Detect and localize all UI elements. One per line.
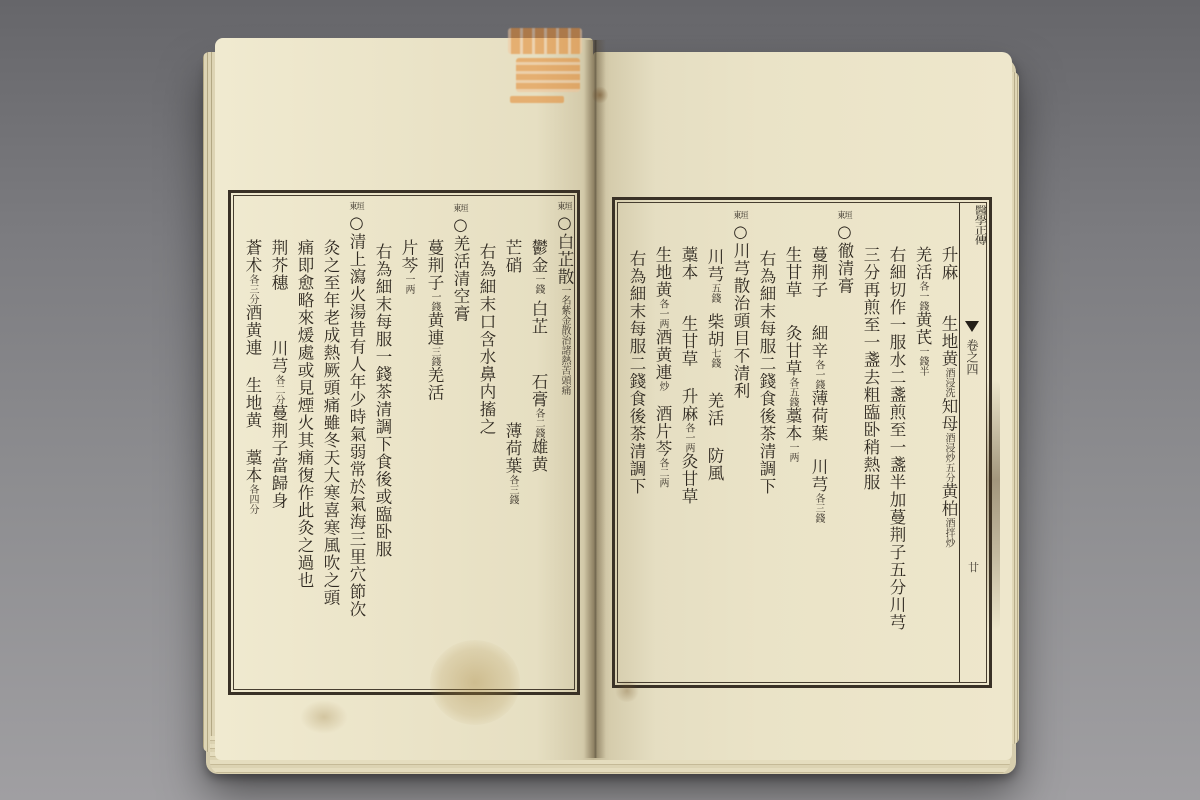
text-segment: 右為細末口含水鼻内搐之 — [477, 243, 496, 436]
right-page-text-block: 升麻生地黄酒浸洗知母酒浸炒五分黄柏酒拌炒羌活各一錢黄芪一錢半右細切作一服水二盞煎… — [619, 206, 957, 679]
text-column: 片芩一两 — [391, 199, 417, 686]
text-segment: 生甘草 — [783, 246, 802, 299]
text-segment: 川芎 — [269, 340, 288, 375]
text-segment: 灸之至年老成熱厥頭痛雖冬天大寒喜寒風吹之頭 — [321, 239, 340, 607]
text-column: 三分再煎至一盞去粗臨卧稍熱服 — [853, 206, 879, 679]
text-column: 生地黄各一两酒黄連炒酒片芩各二两 — [645, 206, 671, 679]
quantity-note: 各三分 — [247, 274, 258, 304]
text-segment: 蔓荆子 — [425, 239, 444, 292]
quantity-note: 各二两 — [657, 458, 668, 488]
text-segment: 石膏 — [529, 373, 548, 408]
quantity-note: 一两 — [403, 274, 414, 294]
text-column: 右為細末每服一錢茶清調下食後或臨卧服 — [365, 199, 391, 686]
text-segment: 細辛 — [809, 325, 828, 360]
attribution-annotation: 東垣 — [557, 203, 571, 213]
fishtail-mark — [965, 321, 979, 332]
text-segment: 知母 — [939, 398, 958, 433]
text-segment: ○川芎散治頭目不清利 — [731, 222, 750, 400]
text-segment: 灸甘草 — [679, 453, 698, 506]
quantity-note: 炒 — [657, 381, 668, 391]
quantity-note: 各三錢 — [813, 493, 824, 523]
quantity-note: 七錢 — [709, 348, 720, 368]
text-segment: 片芩 — [399, 239, 418, 274]
text-segment: ○羌活清空膏 — [451, 215, 470, 323]
text-segment: 川芎 — [705, 248, 724, 283]
text-column: 鬱金一錢白芷石膏各二錢雄黄 — [521, 199, 547, 686]
quantity-note: 一錢 — [533, 274, 544, 294]
text-column: 東垣○清上瀉火湯昔有人年少時氣弱常於氣海三里穴節次 — [339, 199, 365, 686]
column-gap — [948, 281, 949, 315]
text-column: 生甘草灸甘草各五錢藁本一两 — [775, 206, 801, 679]
text-segment: 生地黄 — [939, 315, 958, 368]
text-segment: 雄黄 — [529, 438, 548, 473]
quantity-note: 各三錢 — [507, 475, 518, 505]
quantity-note: 各五錢 — [787, 377, 798, 407]
text-segment: 羌活 — [425, 367, 444, 402]
text-segment: 升麻 — [679, 388, 698, 423]
quantity-note: 各一两 — [657, 299, 668, 329]
text-segment: 藁本 — [679, 246, 698, 281]
right-page-printed-frame: 升麻生地黄酒浸洗知母酒浸炒五分黄柏酒拌炒羌活各一錢黄芪一錢半右細切作一服水二盞煎… — [612, 197, 992, 688]
text-segment: 薄荷葉 — [503, 422, 522, 475]
text-segment: 黄芪 — [913, 311, 932, 346]
text-segment: 蒼术 — [243, 239, 262, 274]
text-column: 右為細末每服二錢食後茶清調下 — [749, 206, 775, 679]
quantity-note: 五錢 — [709, 283, 720, 303]
text-segment: 三分再煎至一盞去粗臨卧稍熱服 — [861, 246, 880, 491]
column-gap — [252, 429, 253, 449]
quantity-note: 各一錢 — [813, 360, 824, 390]
text-segment: ○清上瀉火湯昔有人年少時氣弱常於氣海三里穴節次 — [347, 213, 366, 618]
text-segment: 右細切作一服水二盞煎至一盞半加蔓荆子五分川芎 — [887, 246, 906, 631]
text-segment: 白芷 — [529, 300, 548, 335]
quantity-note: 各一錢 — [917, 281, 928, 311]
text-column: 東垣○羌活清空膏 — [443, 199, 469, 686]
column-gap — [252, 357, 253, 377]
text-segment: 酒黄連 — [243, 304, 262, 357]
column-gap — [538, 335, 539, 373]
column-gap — [688, 281, 689, 315]
text-segment: 防風 — [705, 447, 724, 482]
attribution-annotation: 東垣 — [733, 212, 747, 222]
column-gap — [662, 391, 663, 405]
text-column: 東垣○徹清膏 — [827, 206, 853, 679]
text-segment: 生甘草 — [679, 315, 698, 368]
text-column: 右為細末口含水鼻内搐之 — [469, 199, 495, 686]
text-segment: 柴胡 — [705, 313, 724, 348]
quantity-note: 一两 — [787, 442, 798, 462]
quantity-note: 各四分 — [247, 484, 258, 514]
quantity-note: 五分 — [943, 463, 954, 483]
text-segment: 酒片芩 — [653, 405, 672, 458]
page-number: 廿 — [968, 559, 979, 575]
quantity-note: 酒浸洗 — [943, 368, 954, 398]
text-column: 羌活各一錢黄芪一錢半 — [905, 206, 931, 679]
photo-stage: 東垣○白芷散一名紫金散治諸熱苦頭痛鬱金一錢白芷石膏各二錢雄黄芒硝薄荷葉各三錢右為… — [0, 0, 1200, 800]
quantity-note: 一錢半 — [917, 346, 928, 376]
text-column: 蔓荆子細辛各一錢薄荷葉川芎各三錢 — [801, 206, 827, 679]
column-gap — [714, 368, 715, 392]
attribution-annotation: 東垣 — [837, 212, 851, 222]
text-segment: 生地黄 — [653, 246, 672, 299]
text-segment: 灸甘草 — [783, 325, 802, 378]
text-segment: 藁本 — [243, 449, 262, 484]
text-segment: 羌活 — [913, 246, 932, 281]
column-gap — [512, 274, 513, 422]
text-segment: 當歸身 — [269, 457, 288, 510]
text-column: 芒硝薄荷葉各三錢 — [495, 199, 521, 686]
quantity-note: 酒浸炒 — [943, 433, 954, 463]
text-column: 藁本生甘草升麻各一两灸甘草 — [671, 206, 697, 679]
quantity-note: 酒拌炒 — [943, 518, 954, 548]
quantity-note: 三錢 — [429, 347, 440, 367]
text-segment: ○徹清膏 — [835, 222, 854, 295]
text-segment: 蔓荆子 — [809, 246, 828, 299]
column-gap — [278, 292, 279, 340]
text-column: 荆芥穗川芎各二分蔓荆子當歸身 — [261, 199, 287, 686]
quantity-note: 各二分 — [273, 375, 284, 405]
text-segment: 藁本 — [783, 407, 802, 442]
text-segment: 升麻 — [939, 246, 958, 281]
column-gap — [818, 299, 819, 325]
left-page-printed-frame: 東垣○白芷散一名紫金散治諸熱苦頭痛鬱金一錢白芷石膏各二錢雄黄芒硝薄荷葉各三錢右為… — [228, 190, 580, 695]
text-segment: 鬱金 — [529, 239, 548, 274]
text-column: 右細切作一服水二盞煎至一盞半加蔓荆子五分川芎 — [879, 206, 905, 679]
text-column: 灸之至年老成熱厥頭痛雖冬天大寒喜寒風吹之頭 — [313, 199, 339, 686]
text-segment: 薄荷葉 — [809, 390, 828, 443]
text-segment: 羌活 — [705, 392, 724, 427]
text-segment: 生地黄 — [243, 377, 262, 430]
text-column: 蔓荆子一錢黄連三錢羌活 — [417, 199, 443, 686]
text-segment: 黄連 — [425, 312, 444, 347]
attribution-annotation: 東垣 — [453, 205, 467, 215]
column-gap — [792, 299, 793, 325]
text-column: 蒼术各三分酒黄連生地黄藁本各四分 — [235, 199, 261, 686]
attribution-annotation: 東垣 — [349, 203, 363, 213]
column-gap — [688, 368, 689, 388]
banxin-margin-strip: 醫學正傳 卷之四 廿 — [959, 203, 986, 682]
column-gap — [818, 442, 819, 458]
text-segment: ○白芷散 — [555, 213, 574, 286]
text-column: 東垣○白芷散一名紫金散治諸熱苦頭痛 — [547, 199, 573, 686]
text-segment: 黄柏 — [939, 483, 958, 518]
text-segment: 酒黄連 — [653, 329, 672, 382]
text-column: 川芎五錢柴胡七錢羌活防風 — [697, 206, 723, 679]
text-segment: 芒硝 — [503, 239, 522, 274]
text-column: 升麻生地黄酒浸洗知母酒浸炒五分黄柏酒拌炒 — [931, 206, 957, 679]
left-page: 東垣○白芷散一名紫金散治諸熱苦頭痛鬱金一錢白芷石膏各二錢雄黄芒硝薄荷葉各三錢右為… — [215, 38, 593, 760]
text-segment: 右為細末每服一錢茶清調下食後或臨卧服 — [373, 243, 392, 558]
quantity-note: 各一两 — [683, 423, 694, 453]
book-title: 醫學正傳 — [966, 205, 986, 245]
column-gap — [714, 303, 715, 313]
quantity-note: 各二錢 — [533, 408, 544, 438]
text-segment: 川芎 — [809, 458, 828, 493]
column-gap — [714, 427, 715, 447]
left-page-text-block: 東垣○白芷散一名紫金散治諸熱苦頭痛鬱金一錢白芷石膏各二錢雄黄芒硝薄荷葉各三錢右為… — [235, 199, 573, 686]
text-segment: 荆芥穗 — [269, 239, 288, 292]
text-segment: 右為細末每服二錢食後茶清調下 — [627, 250, 646, 495]
text-segment: 右為細末每服二錢食後茶清調下 — [757, 250, 776, 495]
volume-label: 卷之四 — [966, 339, 978, 375]
quantity-note: 一錢 — [429, 292, 440, 312]
text-column: 痛即愈略來煖處或見煙火其痛復作此灸之過也 — [287, 199, 313, 686]
quantity-note: 一名紫金散治諸熱苦頭痛 — [559, 285, 570, 395]
right-page: 升麻生地黄酒浸洗知母酒浸炒五分黄柏酒拌炒羌活各一錢黄芪一錢半右細切作一服水二盞煎… — [593, 52, 1012, 760]
text-column: 東垣○川芎散治頭目不清利 — [723, 206, 749, 679]
text-segment: 蔓荆子 — [269, 405, 288, 458]
text-segment: 痛即愈略來煖處或見煙火其痛復作此灸之過也 — [295, 239, 314, 589]
text-column: 右為細末每服二錢食後茶清調下 — [619, 206, 645, 679]
